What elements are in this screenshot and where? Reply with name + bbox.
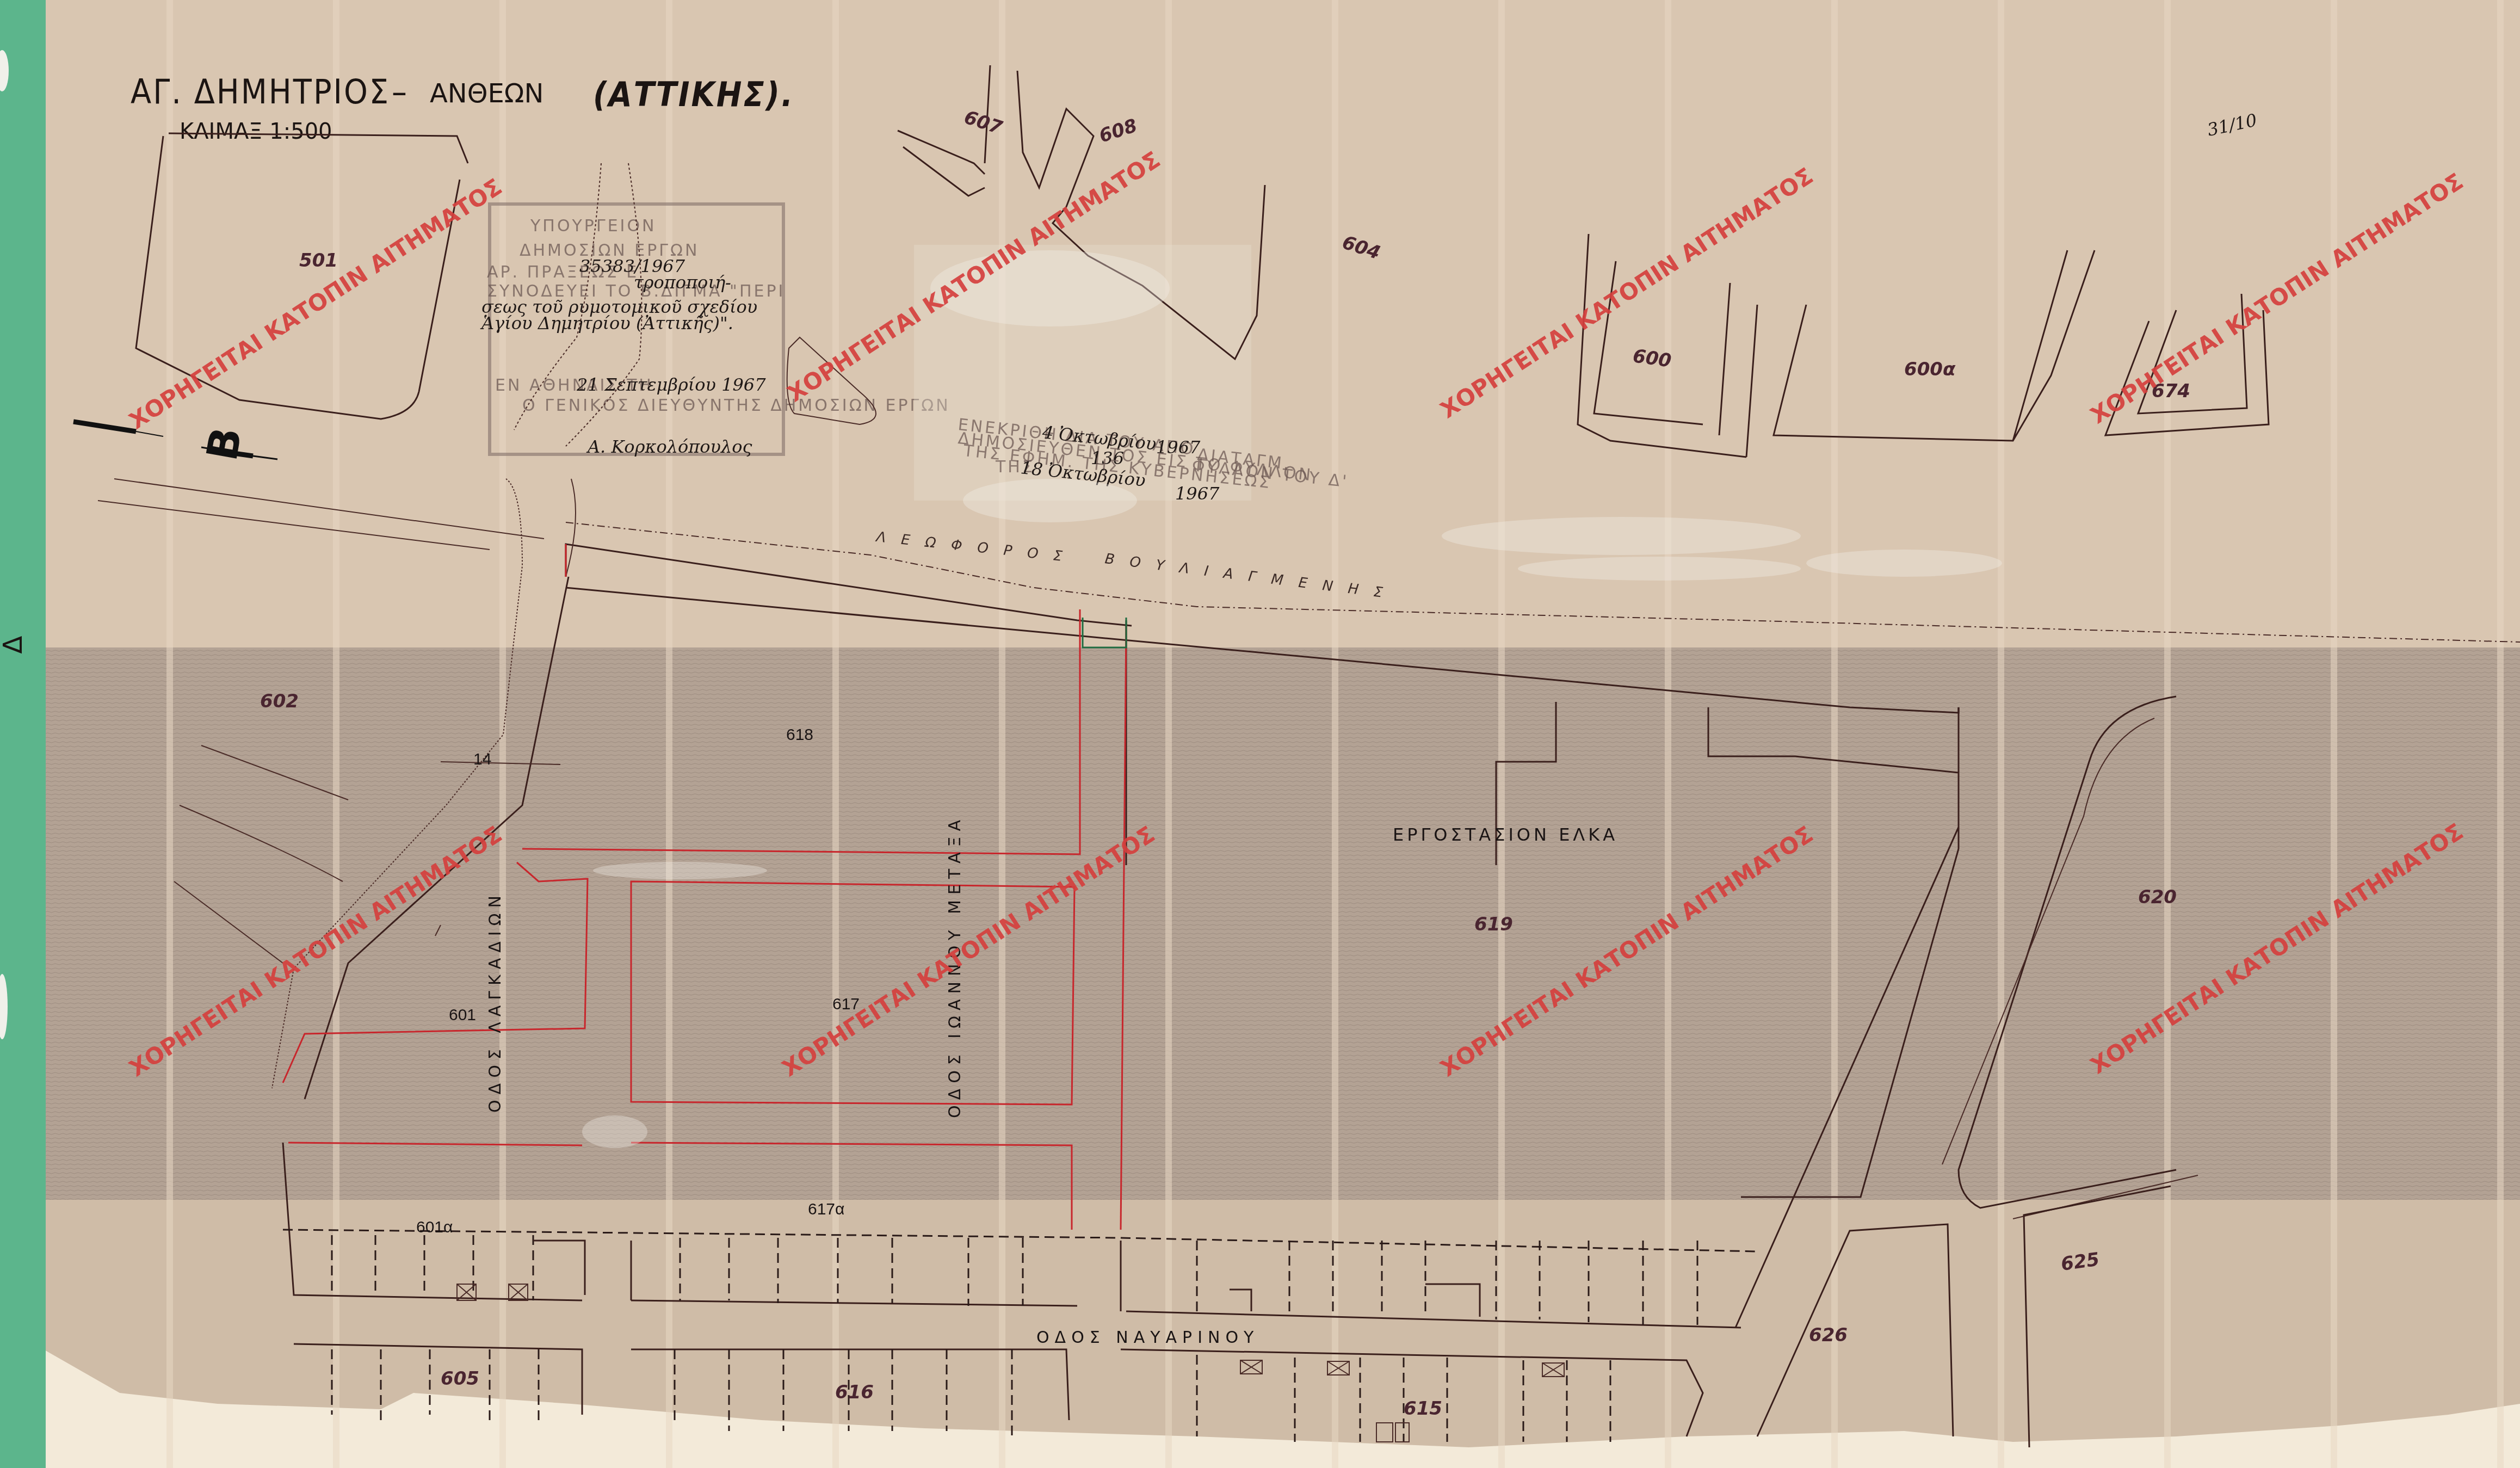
svg-text:21 Σεπτεμβρίου 1967: 21 Σεπτεμβρίου 1967 (576, 374, 766, 395)
lot-617a: 617α (808, 1200, 844, 1218)
lot-618: 618 (786, 726, 813, 744)
lot-600a: 600α (1904, 359, 1956, 380)
lot-601: 601 (449, 1006, 476, 1024)
binding-tape (0, 0, 46, 1468)
map-district: ΑΝΘΕΩΝ (430, 78, 543, 109)
edge-marker: Δ (0, 636, 28, 653)
map-scale: ΚΛΙΜΑΞ 1:500 (180, 119, 332, 144)
svg-text:τροποποιή-: τροποποιή- (634, 272, 731, 293)
street-lagkadion: ΟΔΟΣ ΛΑΓΚΑΔΙΩΝ (486, 890, 505, 1113)
lot-501: 501 (299, 250, 338, 272)
factory-label: ΕΡΓΟΣΤΑΣΙΟΝ ΕΛΚΑ (1393, 824, 1618, 845)
lot-605: 605 (441, 1368, 479, 1390)
street-navarinou: ΟΔΟΣ ΝΑΥΑΡΙΝΟΥ (1036, 1328, 1259, 1347)
lot-626: 626 (1809, 1324, 1848, 1346)
lot-601a: 601α (416, 1218, 453, 1236)
map-region: (ΑΤΤΙΚΗΣ). (593, 75, 794, 114)
map-title: ΑΓ. ΔΗΜΗΤΡΙΟΣ (131, 72, 390, 112)
lot-619: 619 (1474, 914, 1513, 935)
svg-text:–: – (392, 72, 409, 112)
svg-text:1967: 1967 (1175, 483, 1220, 504)
cadastral-map: Δ ΑΓ. ΔΗΜΗΤΡΙΟΣ – ΑΝΘΕΩΝ (ΑΤΤΙΚΗΣ). ΚΛΙΜ… (0, 0, 2520, 1468)
lot-615: 615 (1404, 1398, 1442, 1420)
svg-text:Ἁγίου Δημητρίου (Ἀττικῆς)".: Ἁγίου Δημητρίου (Ἀττικῆς)". (480, 313, 733, 334)
lot-620: 620 (2138, 886, 2177, 908)
svg-text:Α. Κορκολόπουλος: Α. Κορκολόπουλος (586, 436, 752, 457)
lot-602: 602 (260, 690, 299, 712)
dimension-14: 14 (473, 750, 491, 768)
lot-616: 616 (835, 1381, 874, 1403)
svg-text:Ο ΓΕΝΙΚΟΣ ΔΙΕΥΘΥΝΤΗΣ ΔΗΜΟΣΙΩΝ: Ο ΓΕΝΙΚΟΣ ΔΙΕΥΘΥΝΤΗΣ ΔΗΜΟΣΙΩΝ ΕΡΓΩΝ (522, 396, 950, 415)
